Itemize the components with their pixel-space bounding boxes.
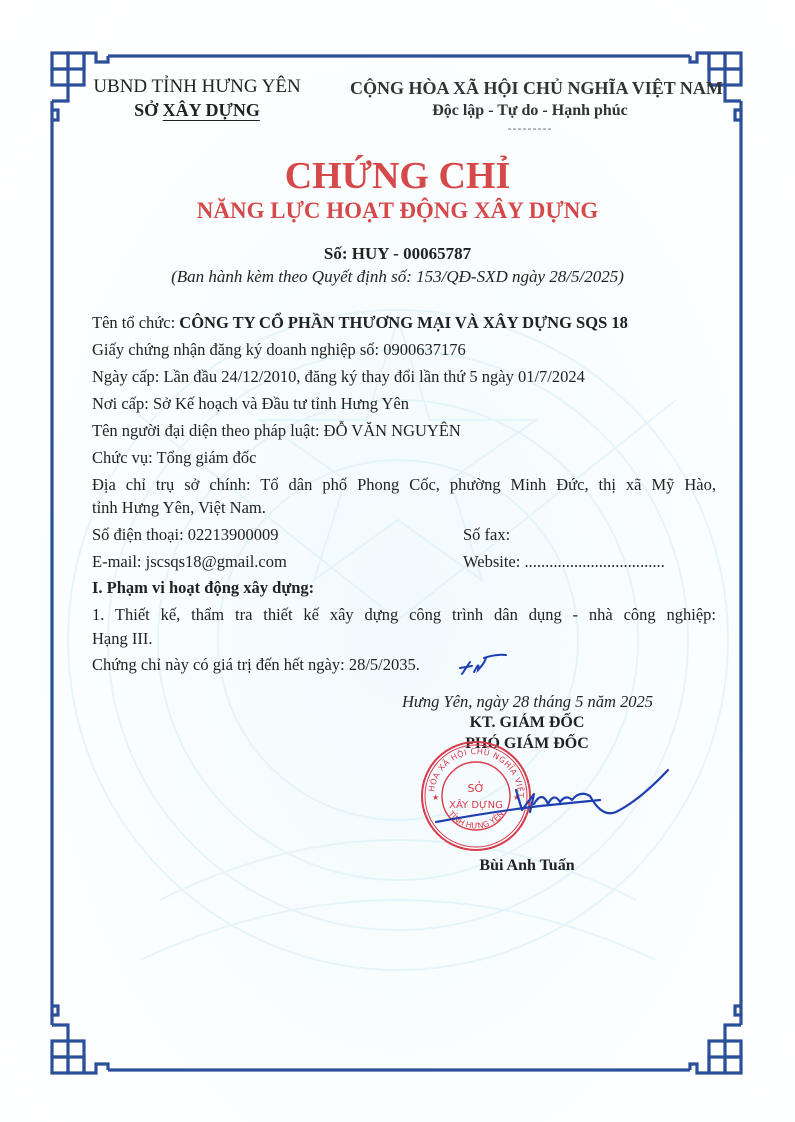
website: Website: ...............................… [463,552,665,572]
certificate-title: CHỨNG CHỈ [0,154,795,198]
legal-representative: Tên người đại diện theo pháp luật: ĐỖ VĂ… [92,421,461,441]
address-line-2: tỉnh Hưng Yên, Việt Nam. [92,498,266,518]
scope-item-line-1: 1. Thiết kế, thẩm tra thiết kế xây dựng … [92,605,716,625]
signer-title-primary: KT. GIÁM ĐỐC [402,714,652,732]
national-motto: Độc lập - Tự do - Hạnh phúc [350,102,710,120]
department-prefix: SỞ [134,100,163,120]
place-and-date: Hưng Yên, ngày 28 tháng 5 năm 2025 [402,692,653,712]
issuing-authority: UBND TỈNH HƯNG YÊN [92,76,302,98]
validity-date: Chứng chỉ này có giá trị đến hết ngày: 2… [92,655,420,675]
handwritten-signature [430,760,680,830]
email: E-mail: jscsqs18@gmail.com [92,552,287,572]
organization-name: CÔNG TY CỔ PHẦN THƯƠNG MẠI VÀ XÂY DỰNG S… [179,313,628,332]
certificate-number: Số: HUY - 00065787 [0,244,795,264]
scope-item-line-2: Hạng III. [92,629,152,649]
address-line-1: Địa chỉ trụ sở chính: Tổ dân phố Phong C… [92,475,716,495]
organization-name-line: Tên tổ chức: CÔNG TY CỔ PHẦN THƯƠNG MẠI … [92,313,628,333]
department-name: XÂY DỰNG [163,100,260,120]
phone-number: Số điện thoại: 02213900009 [92,525,279,545]
organization-label: Tên tổ chức: [92,313,179,332]
fax-number: Số fax: [463,525,510,545]
initials-mark [458,652,508,678]
motto-divider: --------- [350,121,710,136]
scope-heading: I. Phạm vi hoạt động xây dựng: [92,578,314,598]
certificate-page: UBND TỈNH HƯNG YÊN SỞ XÂY DỰNG CỘNG HÒA … [0,0,795,1122]
signer-name: Bùi Anh Tuấn [402,857,652,875]
decision-reference: (Ban hành kèm theo Quyết định số: 153/QĐ… [0,267,795,287]
certificate-subtitle: NĂNG LỰC HOẠT ĐỘNG XÂY DỰNG [0,198,795,224]
issue-date: Ngày cấp: Lần đầu 24/12/2010, đăng ký th… [92,367,585,387]
issuing-department: SỞ XÂY DỰNG [92,100,302,121]
national-title: CỘNG HÒA XÃ HỘI CHỦ NGHĨA VIỆT NAM [350,78,710,99]
position: Chức vụ: Tổng giám đốc [92,448,256,468]
issued-by: Nơi cấp: Sở Kế hoạch và Đầu tư tỉnh Hưng… [92,394,409,414]
registration-number: Giấy chứng nhận đăng ký doanh nghiệp số:… [92,340,466,360]
